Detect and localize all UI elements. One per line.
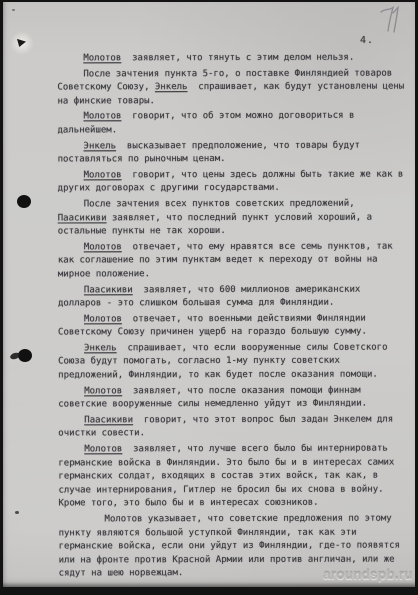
paper-bottom-edge: [3, 582, 415, 587]
speaker-name: Паасикиви: [58, 213, 107, 223]
handwritten-page-number: [377, 4, 405, 36]
paper-speck: [15, 511, 19, 514]
scan-page: 4. Молотов заявляет, что тянуть с этим д…: [3, 2, 415, 587]
typewritten-text: Молотов заявляет, что тянуть с этим дело…: [57, 52, 408, 584]
speaker-name: Молотов: [84, 314, 122, 324]
paragraph: Молотов говорит, что цены здесь должны б…: [58, 168, 408, 196]
speaker-name: Паасикиви: [84, 415, 133, 425]
paragraph: Молотов отвечает, что военными действиям…: [58, 312, 408, 340]
speaker-name: Энкель: [155, 82, 188, 92]
speaker-name: Молотов: [84, 170, 122, 180]
paragraph: Молотов говорит, что об этом можно догов…: [57, 110, 407, 138]
paragraph: Молотов заявляет, что после оказания пом…: [58, 384, 408, 412]
paragraph: Молотов заявляет, что тянуть с этим дело…: [57, 52, 407, 67]
paragraph: Паасикиви заявляет, что 600 миллионов ам…: [58, 283, 408, 311]
paragraph: После зачтения всех пунктов советских пр…: [58, 197, 408, 239]
speaker-name: Энкель: [84, 343, 117, 353]
speaker-name: Энкель: [84, 141, 117, 151]
paragraph: После зачтения пункта 5-го, о поставке Ф…: [57, 67, 407, 109]
paragraph: Энкель высказывает предположение, что то…: [58, 139, 408, 167]
speaker-name: Молотов: [83, 112, 121, 122]
speaker-name: Паасикиви: [84, 285, 133, 295]
paragraph: Паасикиви говорит, что этот вопрос был з…: [58, 413, 408, 441]
page-number: 4.: [360, 35, 374, 46]
paragraph: Молотов заявляет, что лучше всего было б…: [58, 443, 408, 512]
speaker-name: Молотов: [84, 444, 122, 454]
speaker-name: Молотов: [84, 386, 122, 396]
paragraph: Молотов отвечает, что ему нравятся все с…: [58, 240, 408, 282]
speaker-name: Молотов: [83, 53, 121, 63]
punch-hole-bottom: [18, 349, 32, 362]
paper-speck-small: [12, 9, 15, 11]
text-run: заявляет, что тянуть с этим делом нельзя…: [121, 53, 354, 64]
text-run: заявляет, что последний пункт условий хо…: [58, 212, 378, 236]
text-run: После зачтения всех пунктов советских пр…: [84, 199, 360, 210]
speaker-name: Молотов: [84, 242, 122, 252]
punch-hole-top: [17, 195, 31, 208]
paragraph: Энкель спрашивает, что если вооруженные …: [58, 341, 408, 383]
watermark: aroundspb.ru: [323, 567, 413, 582]
